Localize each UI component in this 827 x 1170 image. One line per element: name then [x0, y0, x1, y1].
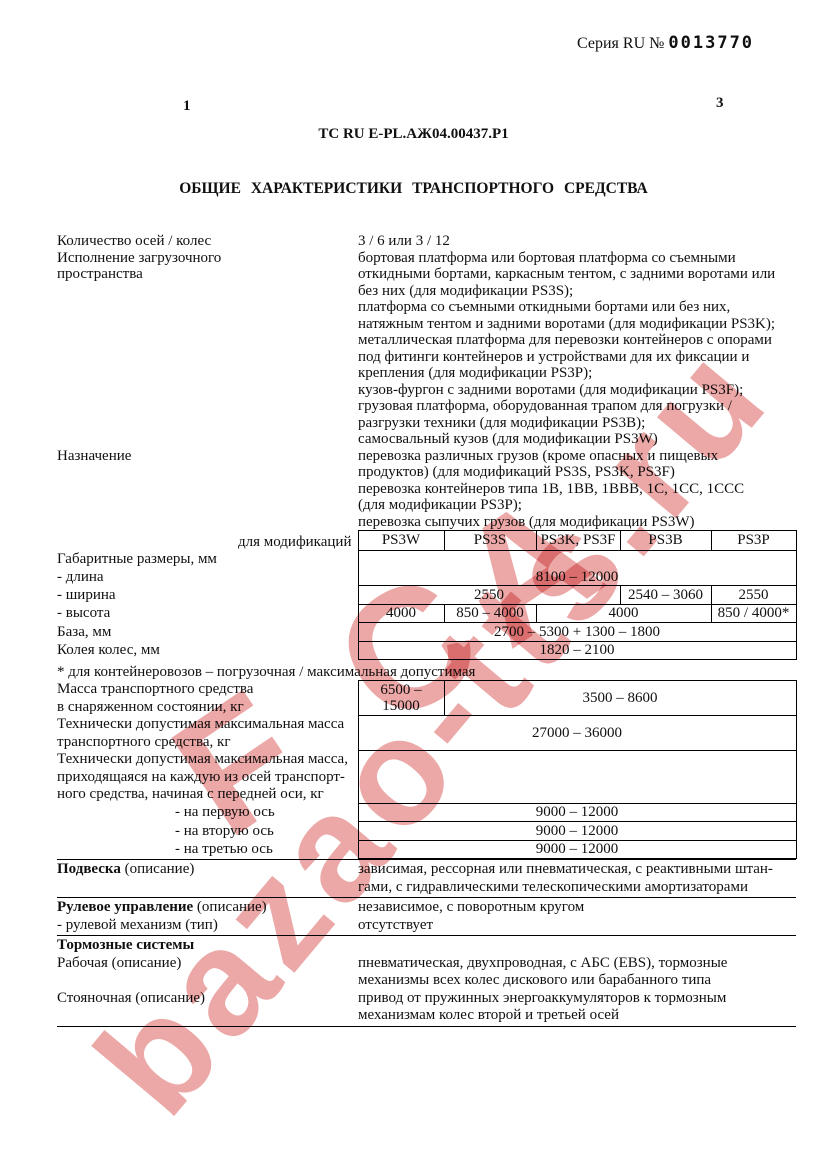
- spec-value-line: перевозка контейнеров типа 1B, 1BB, 1BBB…: [358, 481, 796, 498]
- section-divider: [57, 1026, 796, 1027]
- cell-height-value: 850 / 4000*: [711, 604, 796, 623]
- spec-row-parking-brake: Стояночная (описание) привод от пружинны…: [57, 990, 796, 1025]
- modifications-table: для модификаций PS3W PS3S PS3K, PS3F PS3…: [57, 530, 797, 859]
- cell-width-value: 2550: [358, 586, 620, 605]
- spec-value: перевозка различных грузов (кроме опасны…: [358, 448, 796, 531]
- spec-label-rest: (описание): [121, 861, 195, 877]
- series-label: Серия RU №: [577, 35, 664, 52]
- spec-value: привод от пружинных энергоаккумуляторов …: [358, 990, 796, 1025]
- row-label-curb-mass: Масса транспортного средства: [57, 681, 358, 699]
- spec-label-line: - рулевой механизм (тип): [57, 917, 358, 935]
- spec-value-line: самосвальный кузов (для модификации PS3W…: [358, 431, 796, 448]
- spec-value-line: гами, с гидравлическими телескопическими…: [358, 879, 796, 897]
- row-label-curb-mass2: в снаряженном состоянии, кг: [57, 698, 358, 716]
- spec-value-line: без них (для модификации PS3S);: [358, 283, 796, 300]
- spec-value-line: механизмы всех колес дискового или бараб…: [358, 972, 796, 990]
- spec-value-line: металлическая платформа для перевозки ко…: [358, 332, 796, 349]
- spec-value: бортовая платформа или бортовая платформ…: [358, 250, 796, 448]
- table-header-ps3w: PS3W: [358, 531, 444, 551]
- spec-value-line: платформа со съемными откидными бортами …: [358, 299, 796, 316]
- cell-wheelbase-value: 2700 – 5300 + 1300 – 1800: [358, 623, 796, 642]
- row-label-axle-mass1: Технически допустимая максимальная масса…: [57, 751, 358, 769]
- spec-value-line: перевозка различных грузов (кроме опасны…: [358, 448, 796, 465]
- spec-label: Исполнение загрузочного пространства: [57, 250, 358, 448]
- cell-height-value: 850 – 4000: [444, 604, 536, 623]
- document-body: Количество осей / колес 3 / 6 или 3 / 12…: [57, 233, 796, 1027]
- spec-value-line: под фитинги контейнеров и устройствами д…: [358, 349, 796, 366]
- cell-width-value: 2540 – 3060: [620, 586, 711, 605]
- row-label-wheelbase: База, мм: [57, 623, 358, 642]
- spec-value: независимое, с поворотным кругом отсутст…: [358, 899, 796, 934]
- spec-value-line: зависимая, рессорная или пневматическая,…: [358, 861, 796, 879]
- table-corner-label: для модификаций: [57, 531, 358, 551]
- cell-curb-mass-ps3w: 6500 – 15000: [358, 681, 444, 716]
- spec-value-line: кузов-фургон с задними воротами (для мод…: [358, 382, 796, 399]
- spec-row-steering: Рулевое управление (описание) - рулевой …: [57, 898, 796, 935]
- table-header-ps3s: PS3S: [444, 531, 536, 551]
- spec-row-axles: Количество осей / колес 3 / 6 или 3 / 12: [57, 233, 796, 250]
- spec-label: Подвеска (описание): [57, 861, 358, 896]
- row-label-width: - ширина: [57, 586, 358, 605]
- spec-value-line: независимое, с поворотным кругом: [358, 899, 796, 917]
- table-header-ps3k-ps3f: PS3K, PS3F: [536, 531, 620, 551]
- cell-gvm-value: 27000 – 36000: [358, 716, 796, 751]
- doc-code: ТС RU Е-PL.АЖ04.00437.Р1: [0, 126, 827, 143]
- spec-value-line: откидными бортами, каркасным тентом, с з…: [358, 266, 796, 283]
- row-label-length: - длина: [57, 568, 358, 586]
- spec-value: 3 / 6 или 3 / 12: [358, 233, 796, 250]
- row-label-dimensions: Габаритные размеры, мм: [57, 551, 358, 569]
- cell-value-line: 6500 –: [359, 682, 444, 699]
- row-label-axle2: - на вторую ось: [57, 822, 358, 841]
- cell-axle3-value: 9000 – 12000: [358, 840, 796, 859]
- cell-curb-mass-rest: 3500 – 8600: [444, 681, 796, 716]
- table-header-ps3p: PS3P: [711, 531, 796, 551]
- spec-row-purpose: Назначение перевозка различных грузов (к…: [57, 448, 796, 531]
- page-number-right: 3: [716, 95, 724, 112]
- spec-label: Стояночная (описание): [57, 990, 358, 1025]
- spec-label: Рабочая (описание): [57, 955, 358, 990]
- spec-value-line: пневматическая, двухпроводная, с АБС (EB…: [358, 955, 796, 973]
- page-title: ОБЩИЕ ХАРАКТЕРИСТИКИ ТРАНСПОРТНОГО СРЕДС…: [0, 180, 827, 198]
- cell-height-value: 4000: [358, 604, 444, 623]
- cell-value-line: 15000: [359, 698, 444, 715]
- cell-axle-mass-empty: [358, 751, 796, 804]
- cell-axle1-value: 9000 – 12000: [358, 803, 796, 822]
- spec-value-line: крепления (для модификации PS3P);: [358, 365, 796, 382]
- series-number: 0013770: [668, 33, 754, 53]
- spec-label-line: Исполнение загрузочного: [57, 250, 358, 267]
- spec-value-line: привод от пружинных энергоаккумуляторов …: [358, 990, 796, 1008]
- spec-label: Назначение: [57, 448, 358, 531]
- cell-axle2-value: 9000 – 12000: [358, 822, 796, 841]
- spec-row-load-space: Исполнение загрузочного пространства бор…: [57, 250, 796, 448]
- spec-value: зависимая, рессорная или пневматическая,…: [358, 861, 796, 896]
- table-header-ps3b: PS3B: [620, 531, 711, 551]
- spec-row-suspension: Подвеска (описание) зависимая, рессорная…: [57, 860, 796, 897]
- spec-value-line: (для модификации PS3P);: [358, 497, 796, 514]
- row-label-axle-mass2: приходящаяся на каждую из осей транспорт…: [57, 768, 358, 786]
- spec-label-bold: Подвеска: [57, 861, 121, 877]
- spec-label-bold: Рулевое управление: [57, 899, 193, 915]
- row-label-axle3: - на третью ось: [57, 840, 358, 859]
- spec-value-line: перевозка сыпучих грузов (для модификаци…: [358, 514, 796, 531]
- row-label-axle-mass3: ного средства, начиная с передней оси, к…: [57, 786, 358, 804]
- spec-value-line: натяжным тентом и задними воротами (для …: [358, 316, 796, 333]
- spec-label: Количество осей / колес: [57, 233, 358, 250]
- spec-label-rest: (описание): [193, 899, 267, 915]
- cell-height-value: 4000: [536, 604, 711, 623]
- row-label-axle1: - на первую ось: [57, 803, 358, 822]
- brakes-section: Тормозные системы Рабочая (описание) пне…: [57, 936, 796, 1026]
- page-number-left: 1: [183, 98, 191, 115]
- cell-track-value: 1820 – 2100: [358, 641, 796, 660]
- spec-value-line: отсутствует: [358, 917, 796, 935]
- row-label-gvm: Технически допустимая максимальная масса: [57, 716, 358, 734]
- spec-label-line: пространства: [57, 266, 358, 283]
- cell-width-value: 2550: [711, 586, 796, 605]
- spec-value: пневматическая, двухпроводная, с АБС (EB…: [358, 955, 796, 990]
- spec-row-service-brake: Рабочая (описание) пневматическая, двухп…: [57, 955, 796, 990]
- spec-value-line: бортовая платформа или бортовая платформ…: [358, 250, 796, 267]
- spec-value-line: продуктов) (для модификаций PS3S, PS3K, …: [358, 464, 796, 481]
- series-line: Серия RU № 0013770: [577, 33, 754, 53]
- cell-length-value: 8100 – 12000: [358, 551, 796, 586]
- row-label-track: Колея колес, мм: [57, 641, 358, 660]
- table-footnote: * для контейнеровозов – погрузочная / ма…: [57, 660, 796, 681]
- row-label-height: - высота: [57, 604, 358, 623]
- spec-label: Рулевое управление (описание) - рулевой …: [57, 899, 358, 934]
- spec-value-line: грузовая платформа, оборудованная трапом…: [358, 398, 796, 415]
- brakes-heading: Тормозные системы: [57, 937, 796, 955]
- spec-value-line: разгрузки техники (для модификации PS3B)…: [358, 415, 796, 432]
- spec-value-line: механизмам колес второй и третьей осей: [358, 1007, 796, 1025]
- row-label-gvm2: транспортного средства, кг: [57, 733, 358, 751]
